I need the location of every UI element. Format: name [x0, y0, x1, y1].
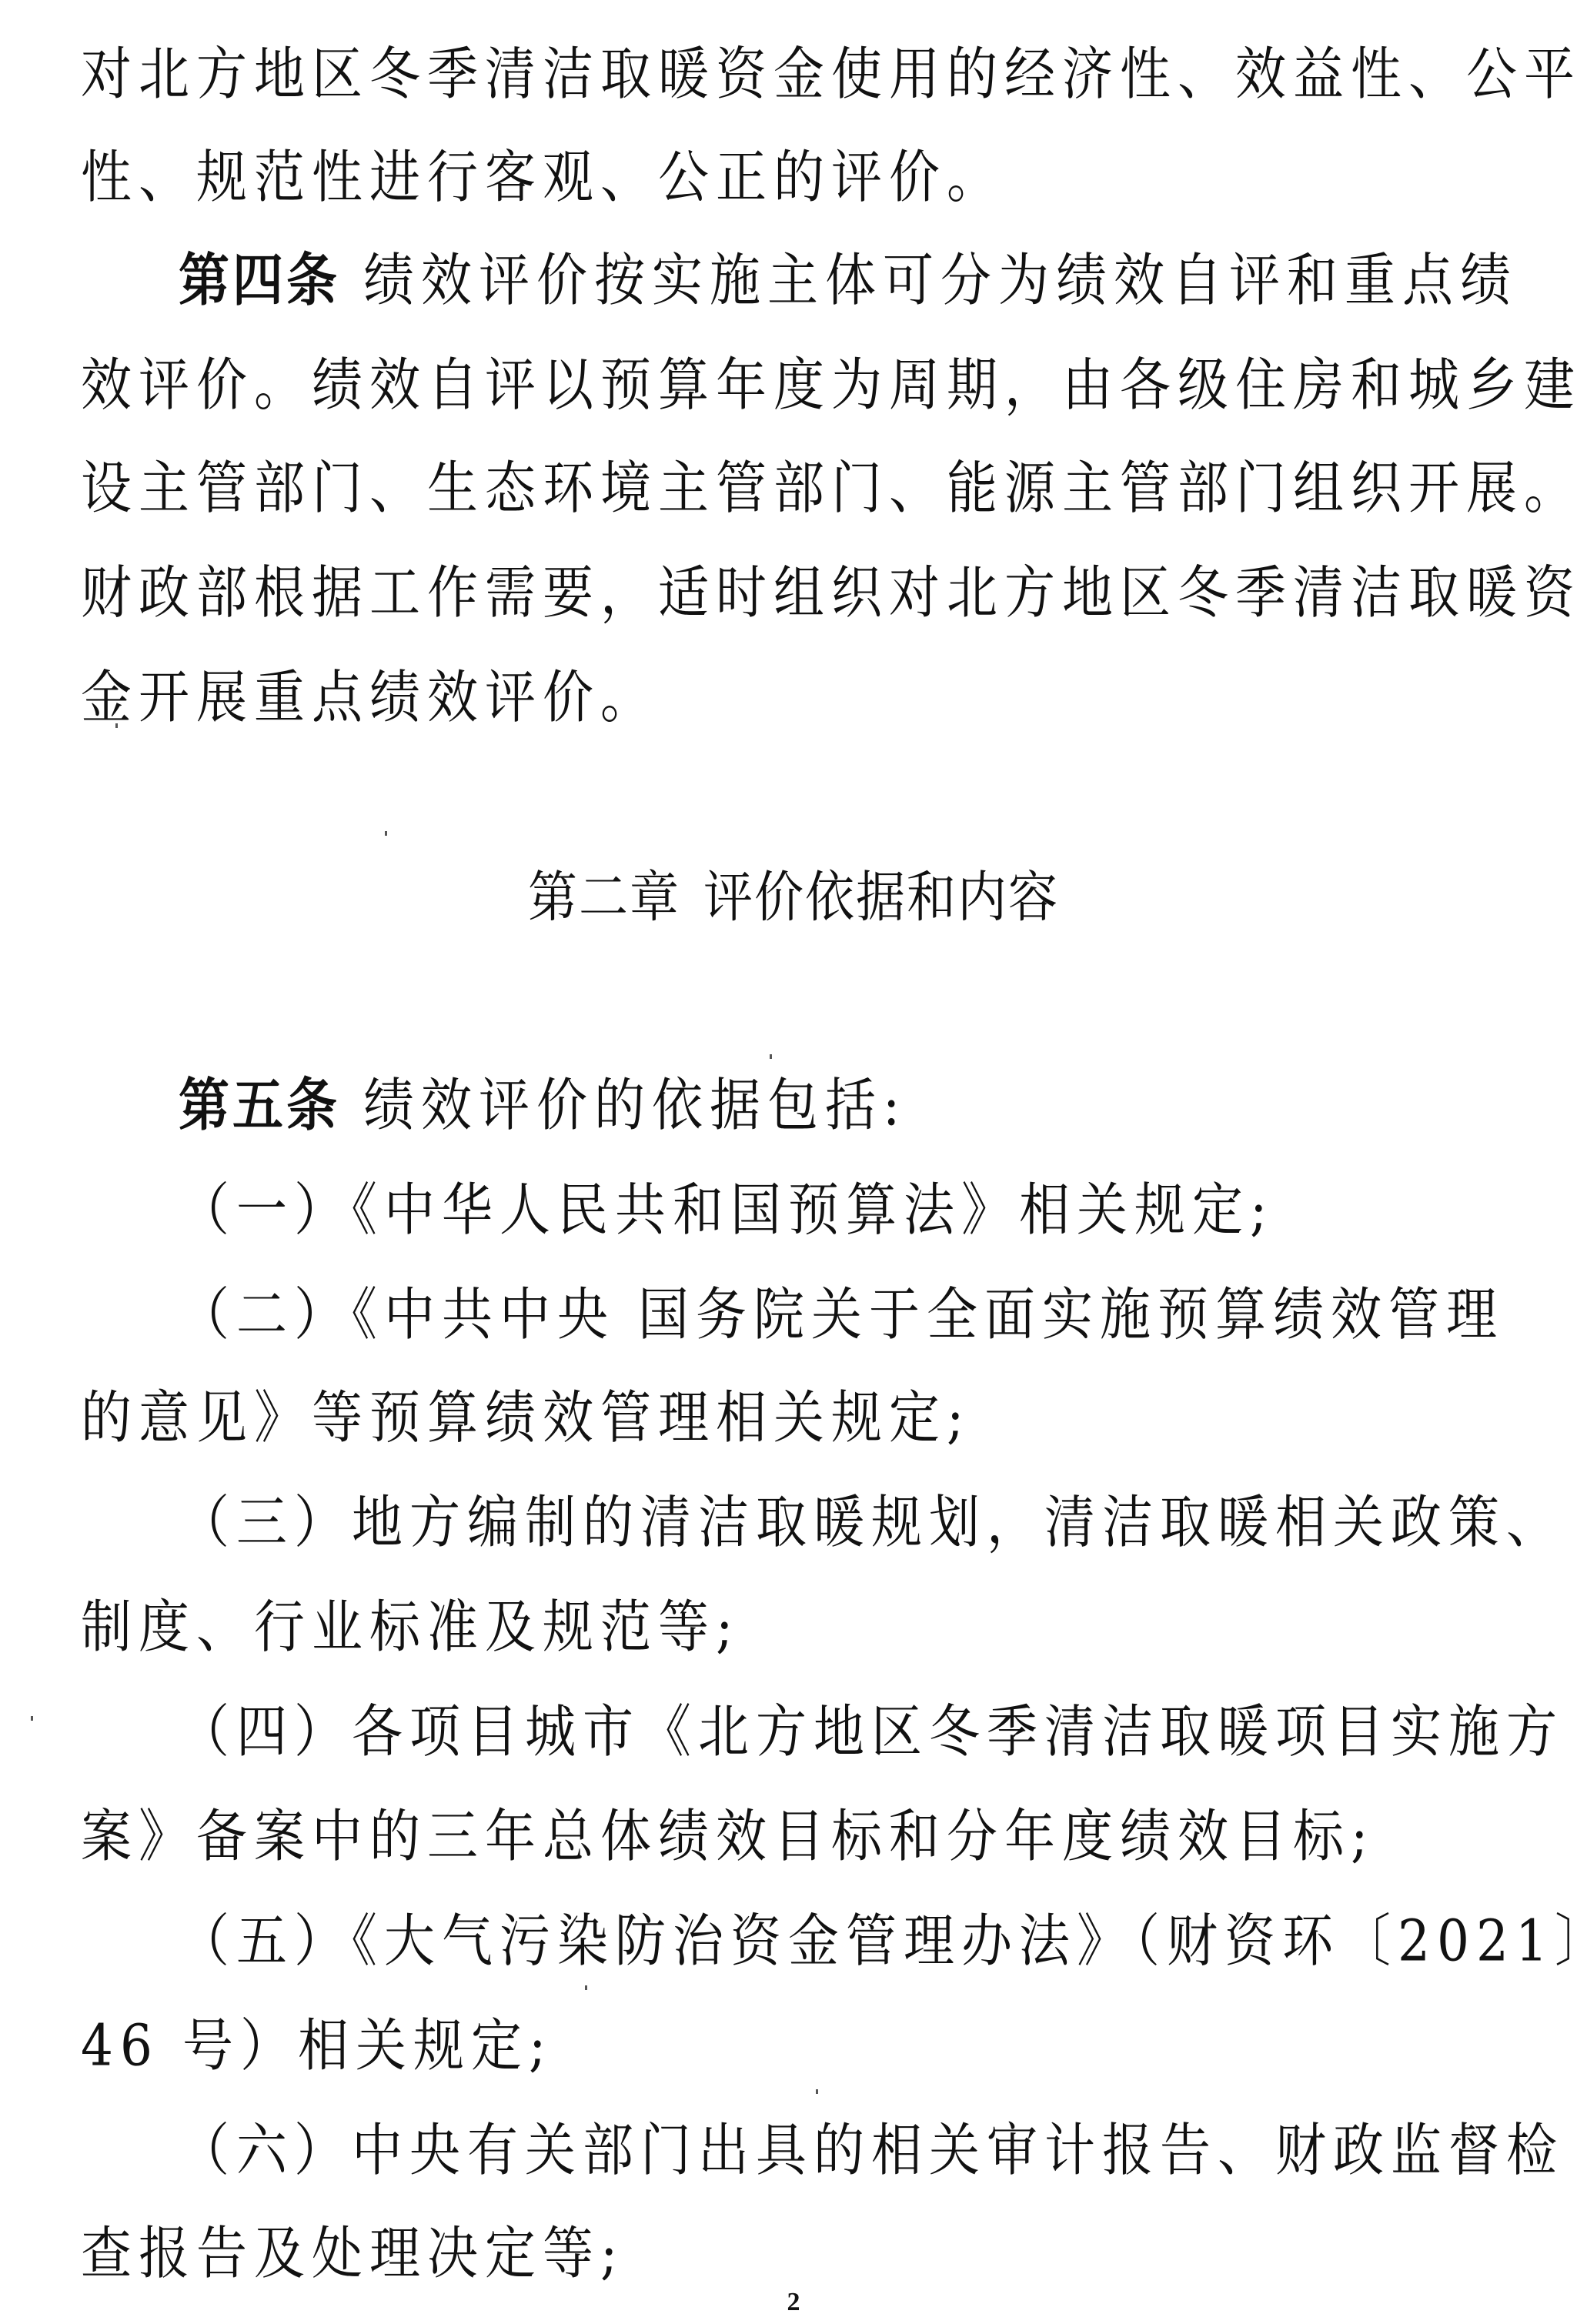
article-5-text: 绩效评价的依据包括: [363, 1072, 907, 1138]
paragraph-line: 金开展重点绩效评价。 [81, 663, 1405, 733]
scan-speck [385, 831, 387, 836]
basis-item-1: （一）《中华人民共和国预算法》相关规定; [179, 1176, 1410, 1245]
chapter-title: 评价依据和内容 [703, 866, 1059, 930]
chapter-number: 第二章 [528, 866, 680, 930]
basis-item-5: （五）《大气污染防治资金管理办法》（财资环〔2021〕 [179, 1907, 1410, 1976]
page-number: 2 [0, 2287, 1587, 2318]
basis-item-3-cont: 制度、行业标准及规范等; [81, 1593, 1405, 1662]
basis-item-4: （四）各项目城市《北方地区冬季清洁取暖项目实施方 [179, 1698, 1410, 1767]
document-page: 对北方地区冬季清洁取暖资金使用的经济性、效益性、公平 性、规范性进行客观、公正的… [0, 0, 1587, 2324]
scan-speck [770, 1054, 772, 1059]
scan-speck [816, 2089, 818, 2094]
basis-item-5-cont: 46 号）相关规定; [81, 2012, 1405, 2081]
scan-speck [115, 723, 118, 728]
paragraph-line: 设主管部门、生态环境主管部门、能源主管部门组织开展。 [81, 454, 1405, 523]
paragraph-line: 性、规范性进行客观、公正的评价。 [81, 143, 1405, 212]
article-5-label: 第五条 [179, 1072, 340, 1138]
article-4-label: 第四条 [179, 247, 340, 313]
paragraph-line: 效评价。绩效自评以预算年度为周期，由各级住房和城乡建 [81, 351, 1405, 420]
chapter-heading: 第二章评价依据和内容 [0, 863, 1587, 933]
scan-speck [31, 1716, 33, 1721]
paragraph-line: 对北方地区冬季清洁取暖资金使用的经济性、效益性、公平 [81, 40, 1405, 109]
basis-item-3: （三）地方编制的清洁取暖规划，清洁取暖相关政策、 [179, 1488, 1410, 1558]
article-4-text: 绩效评价按实施主体可分为绩效自评和重点绩 [363, 247, 1518, 313]
basis-item-2-cont: 的意见》等预算绩效管理相关规定; [81, 1384, 1405, 1453]
article-4-first-line: 第四条 绩效评价按实施主体可分为绩效自评和重点绩 [179, 246, 1410, 316]
basis-item-2: （二）《中共中央 国务院关于全面实施预算绩效管理 [179, 1281, 1410, 1350]
paragraph-line: 财政部根据工作需要，适时组织对北方地区冬季清洁取暖资 [81, 559, 1405, 628]
scan-speck [585, 1985, 587, 1990]
basis-item-4-cont: 案》备案中的三年总体绩效目标和分年度绩效目标; [81, 1802, 1405, 1872]
basis-item-6-cont: 查报告及处理决定等; [81, 2219, 1405, 2289]
article-5-first-line: 第五条 绩效评价的依据包括: [179, 1071, 1410, 1140]
basis-item-6: （六）中央有关部门出具的相关审计报告、财政监督检 [179, 2116, 1410, 2185]
